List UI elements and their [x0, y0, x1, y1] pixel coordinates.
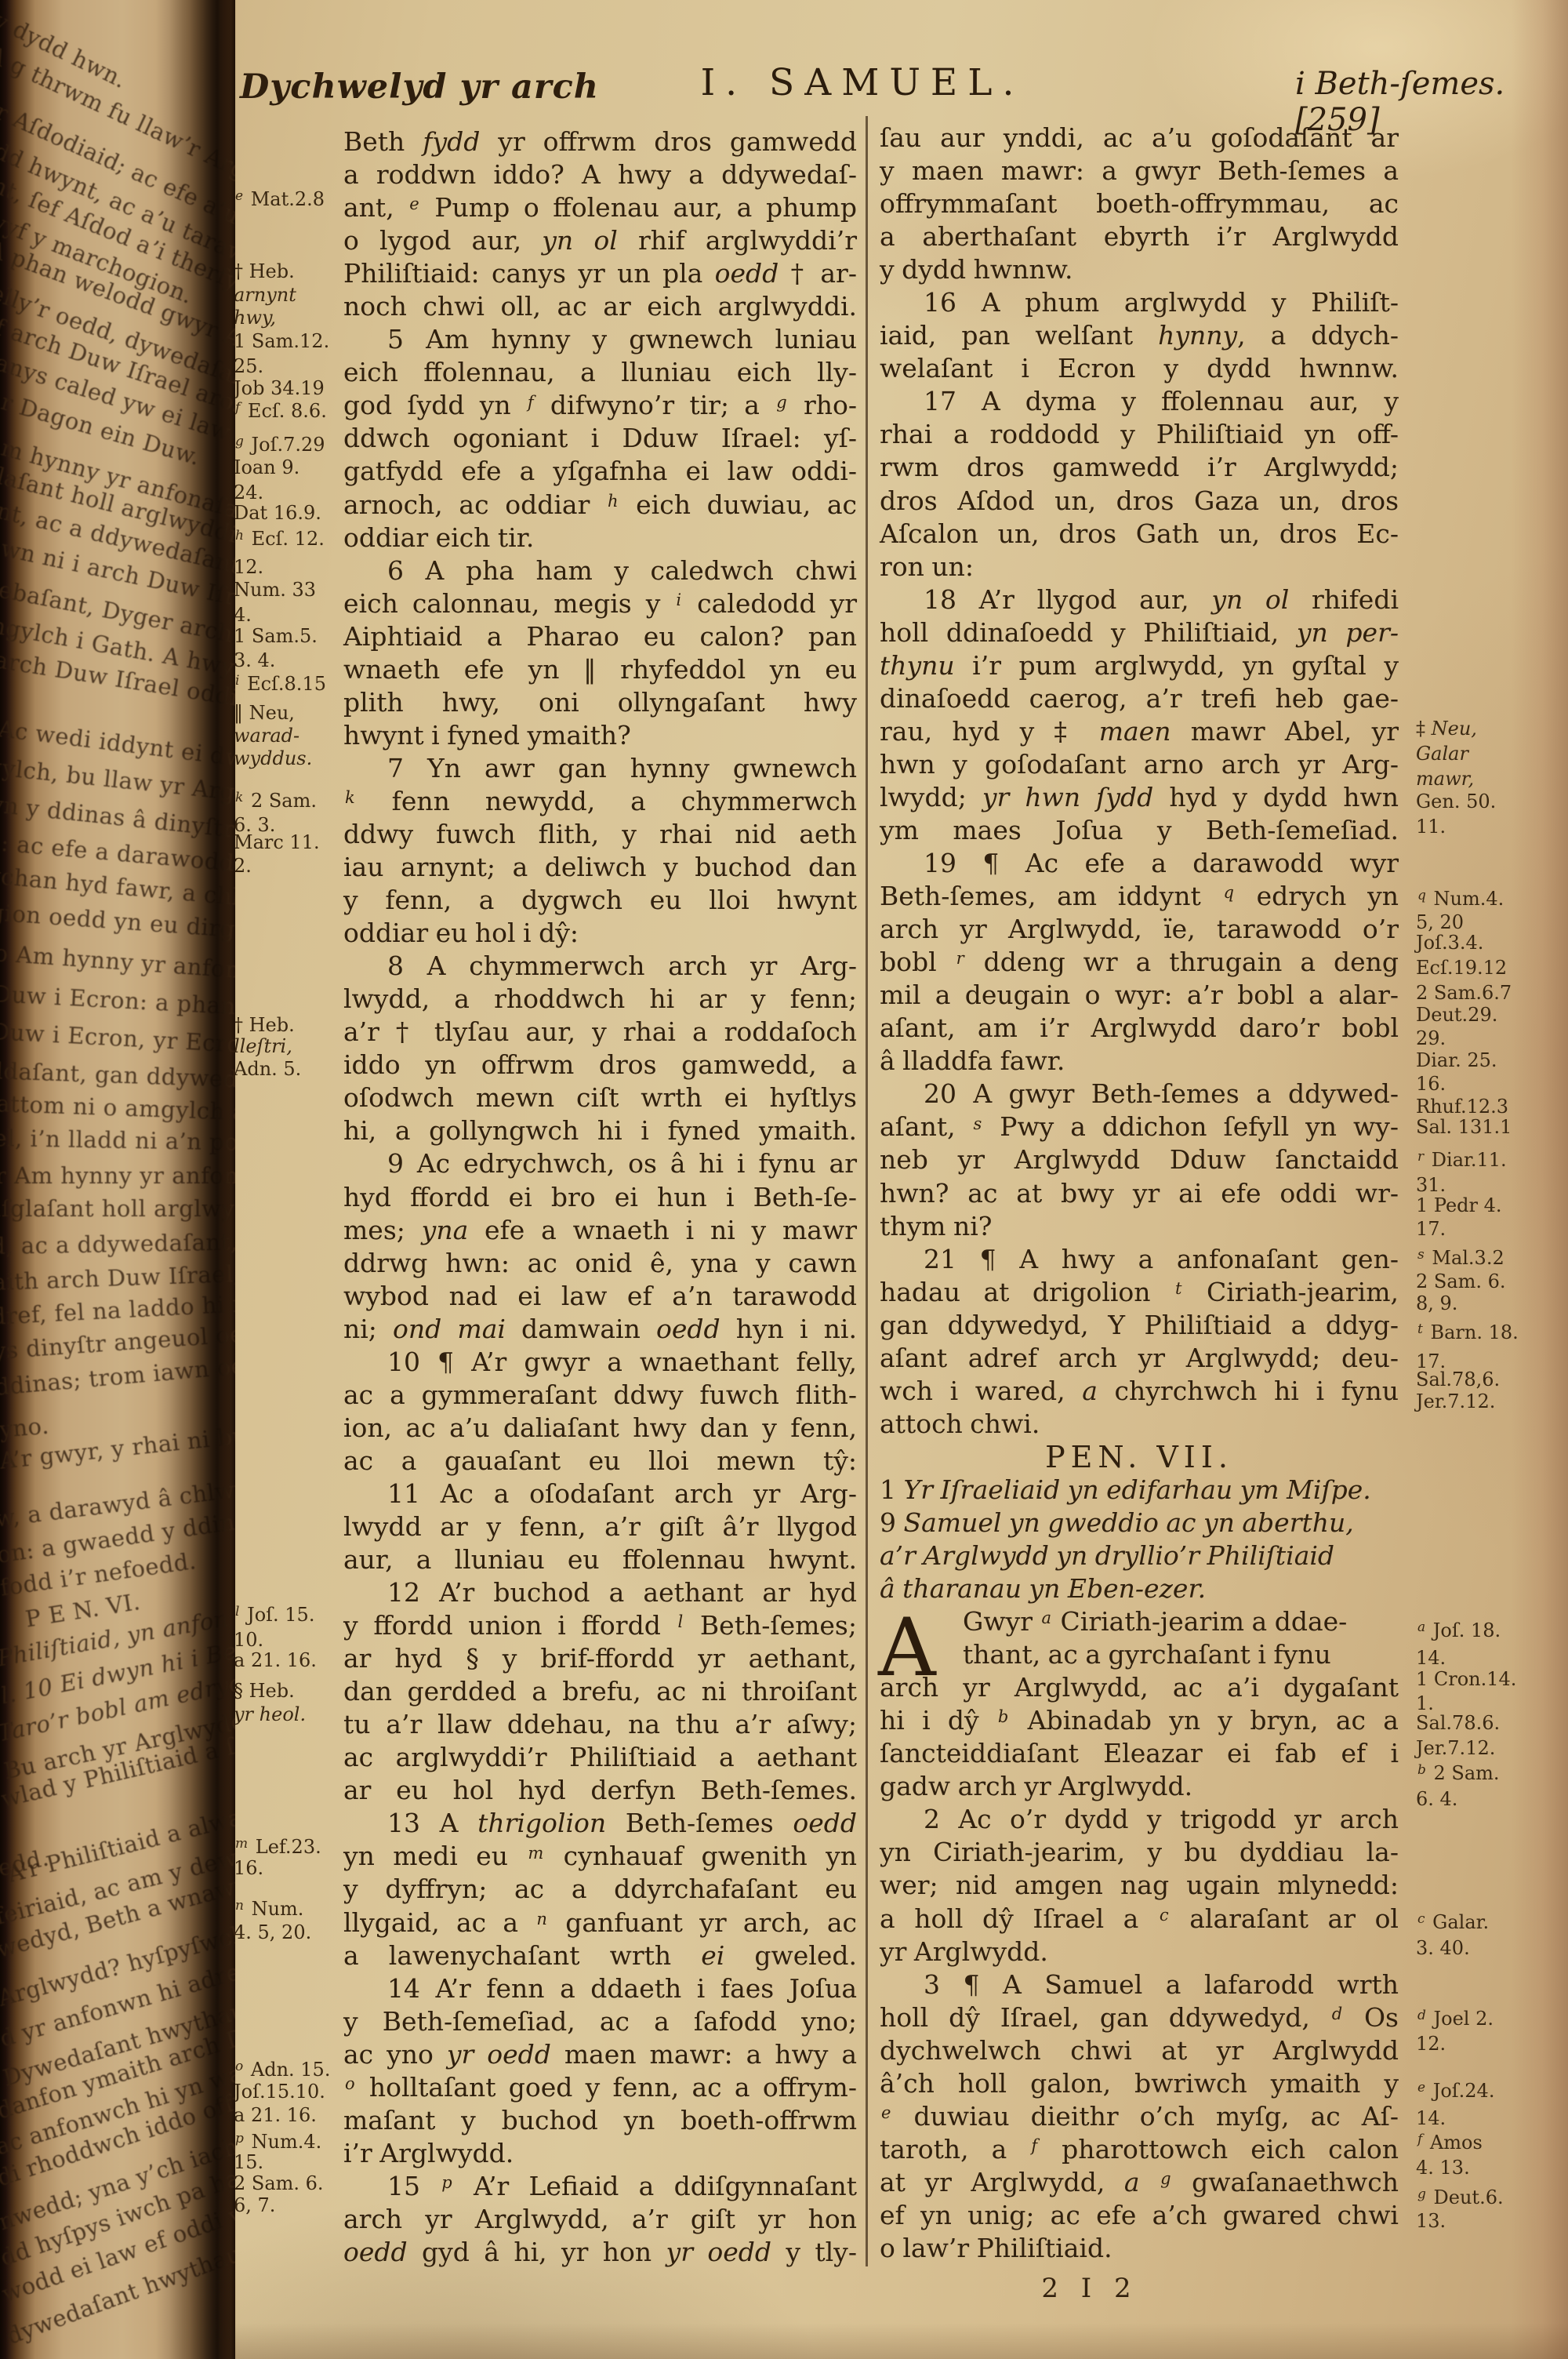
- text-line: yn medi eu m cynhauaf gwenith yn: [343, 1840, 857, 1873]
- margin-note: § Heb.: [234, 1681, 295, 1701]
- text-line: taroth, a f pharottowch eich calon: [880, 2133, 1399, 2166]
- text-line: a’r † tlyſau aur, y rhai a roddaſoch: [343, 1016, 857, 1049]
- column-divider-rule: [866, 116, 868, 2266]
- text-line: mes; yna efe a wnaeth i ni y mawr: [343, 1214, 857, 1247]
- text-line: thym ni?: [880, 1210, 1399, 1243]
- margin-note: g Joſ.7.29: [234, 434, 325, 455]
- text-line: llygaid, ac a n ganfuant yr arch, ac: [343, 1906, 857, 1939]
- margin-note: yr heol.: [234, 1704, 306, 1725]
- cross-ref-letter: p: [235, 2131, 244, 2146]
- text-line: 16 A phum arglwydd y Philiſt-: [880, 286, 1399, 319]
- margin-note: 5, 20: [1416, 912, 1464, 932]
- margin-note: Job 34.19: [234, 378, 325, 398]
- margin-note: 8, 9.: [1416, 1293, 1457, 1314]
- cross-ref-letter: s: [1417, 1247, 1425, 1263]
- text-line: 18 A’r llygod aur, yn ol rhifedi: [880, 583, 1399, 616]
- italic-text: Galar: [1416, 743, 1468, 765]
- margin-note: † Heb.: [234, 261, 295, 282]
- margin-note: e Mat.2.8: [234, 189, 325, 209]
- italic-text: oedd: [343, 2237, 408, 2267]
- italic-text: hwy,: [234, 307, 276, 329]
- margin-note: q Num.4.: [1416, 889, 1504, 909]
- cross-ref-letter: e: [1417, 2080, 1425, 2095]
- text-line: eich ffolennau, a lluniau eich lly-: [343, 356, 857, 389]
- text-line: arch yr Arglwydd, ïe, tarawodd o’r: [880, 913, 1399, 946]
- italic-text: yr oedd: [666, 2237, 771, 2267]
- text-line: thynu i’r pum arglwydd, yn gyſtal y: [880, 649, 1399, 682]
- italic-text: Yr Iſraeliaid yn edifarhau ym Miſpe.: [904, 1474, 1371, 1505]
- italic-text: yn ol: [542, 225, 618, 256]
- text-line: plith hwy, oni ollyngaſant hwy: [343, 686, 857, 719]
- margin-note: † Heb.: [234, 1015, 295, 1035]
- italic-text: thrigolion: [477, 1808, 606, 1838]
- cross-ref-letter: f: [1031, 2136, 1037, 2155]
- text-line: eich calonnau, megis y i caledodd yr: [343, 587, 857, 620]
- margin-note: Dat 16.9.: [234, 503, 321, 523]
- cross-ref-letter: t: [1175, 1279, 1181, 1298]
- italic-text: a: [1082, 1376, 1098, 1406]
- text-line: oddiar eu hol i dŷ:: [343, 917, 857, 950]
- italic-text: mawr,: [1416, 768, 1474, 790]
- left-text-column: Beth fydd yr offrwm dros gamwedda roddwn…: [343, 125, 857, 2269]
- text-line: ef yn unig; ac efe a’ch gwared chwi: [880, 2199, 1399, 2232]
- margin-note: Ecſ.19.12: [1416, 958, 1507, 978]
- margin-note: 3. 40.: [1416, 1938, 1470, 1958]
- text-line: â’ch holl galon, bwriwch ymaith y: [880, 2067, 1399, 2100]
- text-line: dan gerdded a brefu, ac ni throiſant: [343, 1675, 857, 1708]
- italic-text: ond mai: [393, 1314, 506, 1344]
- cross-ref-letter: e: [409, 194, 419, 213]
- text-line: a holl dŷ Iſrael a c alaraſant ar ol: [880, 1903, 1399, 1936]
- text-line: hwn? ac at bwy yr ai efe oddi wr-: [880, 1177, 1399, 1210]
- margin-note: 2 Sam.6.7: [1416, 983, 1512, 1003]
- margin-note: Marc 11.: [234, 832, 320, 852]
- italic-text: yna: [422, 1215, 469, 1245]
- text-line: offrymmaſant boeth-offrymmau, ac: [880, 187, 1399, 220]
- cross-ref-letter: a: [1042, 1608, 1052, 1627]
- text-line: gan ddywedyd, Y Philiſtiaid a ddyg-: [880, 1309, 1399, 1342]
- margin-note: hwy,: [234, 307, 276, 328]
- margin-note: Rhuf.12.3: [1416, 1096, 1508, 1117]
- cross-ref-letter: t: [1417, 1321, 1423, 1337]
- margin-note: ‖ Neu,: [234, 703, 295, 723]
- margin-note: 17.: [1416, 1219, 1446, 1239]
- curled-page-text-fragment: d, ac a ddywedaſant, Danfonwch: [0, 1226, 235, 1259]
- text-line: god ſydd yn f difwyno’r tir; a g rho-: [343, 389, 857, 422]
- margin-note: Deut.29.: [1416, 1005, 1497, 1025]
- book-gutter-curled-page: y dydd hwn.A g thrwm fu llaw’r Arglwyddy…: [0, 0, 235, 2359]
- text-line: ion, ac a’u daliaſant hwy dan y fenn,: [343, 1412, 857, 1445]
- margin-note: a Joſ. 18.: [1416, 1620, 1501, 1641]
- cross-ref-letter: c: [1417, 1911, 1425, 1927]
- italic-text: a: [1124, 2167, 1140, 2197]
- cross-ref-letter: o: [345, 2074, 355, 2093]
- margin-note: 4. 13.: [1416, 2157, 1470, 2178]
- margin-note: 1 Cron.14.: [1416, 1669, 1516, 1689]
- cross-ref-letter: g: [235, 434, 244, 449]
- margin-note: b 2 Sam.: [1416, 1763, 1500, 1783]
- margin-note: Sal.78.6.: [1416, 1713, 1500, 1733]
- margin-note: p Num.4.: [234, 2132, 321, 2152]
- cross-ref-letter: l: [678, 1612, 684, 1631]
- italic-text: a’r Arglwydd yn dryllio’r Philiſtiaid: [880, 1540, 1334, 1571]
- text-line: y dyffryn; ac a ddyrchafaſant eu: [343, 1873, 857, 1906]
- italic-text: yr oedd: [447, 2039, 551, 2070]
- gathering-signature: 2 I 2: [1004, 2273, 1176, 2304]
- text-line: ddrwg hwn: ac onid ê, yna y cawn: [343, 1247, 857, 1280]
- cross-ref-letter: g: [776, 393, 786, 412]
- text-line: maſant y buchod yn boeth-offrwm: [343, 2104, 857, 2137]
- text-line: lwydd; yr hwn ſydd hyd y dydd hwn: [880, 781, 1399, 814]
- text-line: 14 A’r fenn a ddaeth i faes Joſua: [343, 1972, 857, 2005]
- italic-text: yr heol.: [234, 1703, 306, 1725]
- cross-ref-letter: n: [536, 1910, 547, 1928]
- chapter-heading: PEN. VII.: [880, 1441, 1399, 1474]
- text-line: hwynt i fyned ymaith?: [343, 719, 857, 752]
- margin-note: Adn. 5.: [234, 1059, 301, 1079]
- text-line: ar eu hol hyd derfyn Beth-ſemes.: [343, 1774, 857, 1807]
- margin-note: Sal.78,6.: [1416, 1369, 1500, 1390]
- text-line: oddiar eich tir.: [343, 522, 857, 554]
- cross-ref-letter: a: [1417, 1619, 1425, 1635]
- curled-page-text-fragment: attom ni o amgylch arch Duw: [0, 1090, 235, 1129]
- margin-note: 1 Pedr 4.: [1416, 1195, 1502, 1216]
- text-line: thant, ac a gyrchaſant i fynu: [880, 1638, 1399, 1671]
- text-line: 2 Ac o’r dydd y trigodd yr arch: [880, 1803, 1399, 1836]
- text-line: arch yr Arglwydd, a’r giſt yr hon: [343, 2203, 857, 2236]
- margin-note: 15.: [234, 2152, 263, 2172]
- text-line: y Beth-ſemeſiad, ac a ſafodd yno;: [343, 2005, 857, 2038]
- text-line: Aſcalon un, dros Gath un, dros Ec-: [880, 518, 1399, 551]
- margin-note: h Ecſ. 12.: [234, 529, 325, 549]
- text-line: 11 Ac a oſodaſant arch yr Arg-: [343, 1478, 857, 1510]
- text-line: 3 ¶ A Samuel a lafarodd wrth: [880, 1968, 1399, 2001]
- margin-note: 6. 4.: [1416, 1789, 1457, 1809]
- text-line: o lygod aur, yn ol rhif arglwyddi’r: [343, 224, 857, 257]
- curled-page-text-fragment: el, i’n lladd ni a’n pobl.: [0, 1125, 235, 1156]
- curled-page-text-fragment: aſglaſant holl arglwyddi’r Phil: [0, 1195, 235, 1222]
- cross-ref-letter: k: [345, 788, 355, 807]
- margin-note: 10.: [234, 1630, 263, 1650]
- margin-note: 13.: [1416, 2211, 1446, 2231]
- margin-note: 16.: [1416, 1074, 1446, 1094]
- text-line: 5 Am hynny y gwnewch luniau: [343, 323, 857, 356]
- text-line: 12 A’r buchod a aethant ar hyd: [343, 1576, 857, 1609]
- text-line: Beth fydd yr offrwm dros gamwedd: [343, 125, 857, 158]
- margin-note: 16.: [234, 1858, 263, 1878]
- italic-text: Samuel yn gweddio ac yn aberthu,: [904, 1507, 1354, 1538]
- cross-ref-letter: r: [1417, 1149, 1424, 1165]
- cross-ref-letter: q: [1417, 888, 1426, 903]
- italic-text: oedd: [715, 258, 779, 289]
- cross-ref-letter: c: [1160, 1906, 1169, 1925]
- text-line: aſant, am i’r Arglwydd daro’r bobl: [880, 1012, 1399, 1045]
- margin-note: arnynt: [234, 285, 296, 305]
- margin-note: l Joſ. 15.: [234, 1605, 314, 1625]
- text-line: iddo yn offrwm dros gamwedd, a: [343, 1049, 857, 1081]
- text-line: aſant, s Pwy a ddichon ſefyll yn wy-: [880, 1110, 1399, 1143]
- margin-note: Joſ.15.10.: [234, 2081, 325, 2102]
- text-line: holl dŷ Iſrael, gan ddywedyd, d Os: [880, 2001, 1399, 2034]
- text-line: ym maes Joſua y Beth-ſemeſiad.: [880, 814, 1399, 847]
- margin-note: 11.: [1416, 816, 1446, 837]
- text-line: oſodwch mewn ciſt wrth ei hyſtlys: [343, 1081, 857, 1114]
- curled-page-text-fragment: Duw i Ecron: a phan ddaeth: [0, 980, 235, 1024]
- text-line: ac a gymmeraſant ddwy fuwch flith-: [343, 1379, 857, 1412]
- margin-note: s Mal.3.2: [1416, 1248, 1504, 1268]
- text-line: lwydd, a rhoddwch hi ar y fenn;: [343, 983, 857, 1016]
- italic-text: hynny: [1158, 320, 1237, 351]
- cross-ref-letter: b: [1417, 1762, 1426, 1778]
- margin-note: k 2 Sam.: [234, 791, 317, 811]
- text-line: 13 A thrigolion Beth-ſemes oedd: [343, 1807, 857, 1840]
- text-line: yn Ciriath-jearim, y bu dyddiau la-: [880, 1836, 1399, 1869]
- text-line: iaid, pan welſant hynny, a ddych-: [880, 319, 1399, 352]
- text-line: a lawenychaſant wrth ei gweled.: [343, 1939, 857, 1972]
- curled-page-text-fragment: Duw i Ecron, yr Ecroniaid a: [0, 1018, 235, 1062]
- text-line: ſancteiddiaſant Eleazar ei fab ef i: [880, 1737, 1399, 1770]
- text-line: o holltaſant goed y fenn, ac a offrym-: [343, 2071, 857, 2104]
- margin-note: lleſtri,: [234, 1036, 292, 1056]
- margin-note: 4. 5, 20.: [234, 1922, 311, 1943]
- italic-text: fydd: [423, 126, 480, 157]
- text-line: ac arglwyddi’r Philiſtiaid a aethant: [343, 1741, 857, 1774]
- margin-note: mawr,: [1416, 769, 1474, 789]
- text-line: arch yr Arglwydd, ac a’i dygaſant: [880, 1671, 1399, 1704]
- text-line: y ffordd union i ffordd l Beth-ſemes;: [343, 1609, 857, 1642]
- text-line: ant, e Pump o ffolenau aur, a phump: [343, 191, 857, 224]
- italic-text: yr hwn ſydd: [982, 782, 1153, 812]
- curled-page-text-fragment: r Am hynny yr anfonaſant, ac: [0, 1162, 235, 1189]
- text-line: at yr Arglwydd, a g gwaſanaethwch: [880, 2166, 1399, 2199]
- text-line: Gwyr a Ciriath-jearim a ddae-: [880, 1605, 1399, 1638]
- margin-note: 6, 7.: [234, 2195, 275, 2215]
- margin-note: 1 Sam.12.: [234, 331, 329, 351]
- scanned-bible-page: { "header": { "running_head_left": "Dych…: [0, 0, 1568, 2359]
- italic-text: wyddus.: [234, 747, 312, 769]
- text-line: dros Aſdod un, dros Gaza un, dros: [880, 485, 1399, 518]
- text-line: noch chwi oll, ac ar eich arglwyddi.: [343, 290, 857, 323]
- cross-ref-letter: d: [1417, 2008, 1426, 2023]
- text-line: wybod nad ei law ef a’n tarawodd: [343, 1280, 857, 1313]
- book-title: I. SAMUEL.: [690, 61, 1035, 104]
- text-line: aſant adref arch yr Arglwydd; deu-: [880, 1342, 1399, 1375]
- italic-text: Neu,: [1432, 718, 1477, 740]
- cross-ref-letter: r: [956, 949, 964, 968]
- running-head-left: Dychwelyd yr arch: [240, 67, 599, 107]
- right-text-column: ſau aur ynddi, ac a’u goſodaſant ary mae…: [880, 122, 1399, 2265]
- text-line: hyd ffordd ei bro ei hun i Beth-ſe-: [343, 1181, 857, 1214]
- text-line: a roddwn iddo? A hwy a ddywedaſ-: [343, 158, 857, 191]
- text-line: y dydd hwnnw.: [880, 253, 1399, 286]
- text-line: k fenn newydd, a chymmerwch: [343, 785, 857, 818]
- text-line: neb yr Arglwydd Dduw ſanctaidd: [880, 1143, 1399, 1176]
- text-line: bobl r ddeng wr a thrugain a deng: [880, 946, 1399, 979]
- text-line: hi i dŷ b Abinadab yn y bryn, ac a: [880, 1704, 1399, 1737]
- cross-ref-letter: d: [1332, 2005, 1342, 2023]
- text-line: o law’r Philiſtiaid.: [880, 2232, 1399, 2265]
- italic-text: oedd: [793, 1808, 857, 1838]
- text-line: wch i wared, a chyrchwch hi i fynu: [880, 1375, 1399, 1408]
- margin-note: 1.: [1416, 1693, 1434, 1714]
- text-line: hadau at drigolion t Ciriath-jearim,: [880, 1276, 1399, 1309]
- text-line: i’r Arglwydd.: [343, 2137, 857, 2170]
- text-line: Beth-ſemes, am iddynt q edrych yn: [880, 880, 1399, 913]
- italic-text: arnynt: [234, 284, 296, 306]
- text-line: oedd gyd â hi, yr hon yr oedd y tly-: [343, 2236, 857, 2269]
- cross-ref-letter: p: [441, 2173, 452, 2192]
- text-line: Philiſtiaid: canys yr un pla oedd † ar-: [343, 257, 857, 290]
- text-line: rau, hyd y ‡ maen mawr Abel, yr: [880, 715, 1399, 748]
- margin-note: 4.: [234, 605, 252, 625]
- text-line: 19 ¶ Ac efe a darawodd wyr: [880, 847, 1399, 880]
- text-line: ac a gauaſant eu lloi mewn tŷ:: [343, 1445, 857, 1478]
- margin-note: 29.: [1416, 1028, 1446, 1049]
- text-line: wer; nid amgen nag ugain mlynedd:: [880, 1869, 1399, 1902]
- margin-note: wyddus.: [234, 748, 312, 769]
- cross-ref-letter: h: [608, 492, 619, 511]
- cross-ref-letter: f: [235, 400, 240, 416]
- text-line: y fenn, a dygwch eu lloi hwynt: [343, 884, 857, 917]
- text-line: 17 A dyma y ffolennau aur, y: [880, 385, 1399, 418]
- page-bottom-edge-shadow: [204, 2323, 1568, 2359]
- margin-note: Num. 33: [234, 580, 316, 600]
- text-line: attoch chwi.: [880, 1408, 1399, 1441]
- text-line: ar hyd § y brif-ffordd yr aethant,: [343, 1642, 857, 1675]
- italic-text: yn ol: [1211, 584, 1289, 615]
- text-line: e duwiau dieithr o’ch myſg, ac Aſ-: [880, 2100, 1399, 2133]
- text-line: iau arnynt; a deliwch y buchod dan: [343, 851, 857, 884]
- cross-ref-letter: f: [528, 393, 534, 412]
- cross-ref-letter: o: [235, 2059, 243, 2074]
- cross-ref-letter: e: [235, 188, 243, 204]
- text-line: 7 Yn awr gan hynny gwnewch: [343, 752, 857, 785]
- margin-note: 3. 4.: [234, 650, 275, 671]
- margin-note: 2 Sam. 6.: [1416, 1271, 1506, 1292]
- margin-note: 25.: [234, 356, 263, 376]
- text-line: 15 p A’r Lefiaid a ddiſgynnaſant: [343, 2170, 857, 2203]
- margin-note: g Deut.6.: [1416, 2187, 1504, 2208]
- text-line: 21 ¶ A hwy a anfonaſant gen-: [880, 1243, 1399, 1276]
- text-line: y maen mawr: a gwyr Beth-ſemes a: [880, 154, 1399, 187]
- text-line: welaſant i Ecron y dydd hwnnw.: [880, 352, 1399, 385]
- text-line: â lladdfa fawr.: [880, 1045, 1399, 1078]
- cross-ref-letter: g: [1160, 2169, 1171, 2188]
- margin-note: 14.: [1416, 1648, 1446, 1668]
- text-line: 1 Yr Iſraeliaid yn edifarhau ym Miſpe.: [880, 1474, 1399, 1507]
- text-line: holl ddinaſoedd y Philiſtiaid, yn per-: [880, 616, 1399, 649]
- cross-ref-letter: g: [1417, 2186, 1426, 2202]
- margin-note: f Amos: [1416, 2132, 1483, 2153]
- margin-note: m Lef.23.: [234, 1837, 321, 1857]
- cross-ref-letter: n: [235, 1898, 244, 1914]
- text-line: gadw arch yr Arglwydd.: [880, 1770, 1399, 1803]
- margin-note: c Galar.: [1416, 1912, 1489, 1932]
- margin-note: Diar. 25.: [1416, 1050, 1497, 1070]
- text-line: mil a deugain o wyr: a’r bobl a alar-: [880, 979, 1399, 1012]
- margin-note: 12.: [234, 557, 263, 577]
- cross-ref-letter: s: [974, 1114, 982, 1133]
- margin-note: t Barn. 18.: [1416, 1322, 1519, 1343]
- margin-note: ‡ Neu,: [1416, 718, 1477, 739]
- margin-note: r Diar.11.: [1416, 1150, 1507, 1170]
- cross-ref-letter: l: [235, 1604, 239, 1619]
- text-line: ac yno yr oedd maen mawr: a hwy a: [343, 2038, 857, 2071]
- text-line: arnoch, ac oddiar h eich duwiau, ac: [343, 489, 857, 522]
- margin-note: Joſ.3.4.: [1416, 932, 1483, 953]
- italic-text: thynu: [880, 650, 955, 681]
- cross-ref-letter: f: [1417, 2132, 1422, 2147]
- cross-ref-letter: m: [235, 1836, 248, 1852]
- text-line: hwn y goſodaſant arno arch yr Arg-: [880, 748, 1399, 781]
- text-line: hi, a gollyngwch hi i fyned ymaith.: [343, 1114, 857, 1147]
- margin-note: warad-: [234, 725, 299, 746]
- margin-note: Jer.7.12.: [1416, 1738, 1495, 1758]
- text-line: ddwy fuwch flith, y rhai nid aeth: [343, 818, 857, 851]
- page-right-edge-shadow: [1512, 0, 1568, 2359]
- cross-ref-letter: b: [998, 1707, 1008, 1726]
- text-line: a aberthaſant ebyrth i’r Arglwydd: [880, 220, 1399, 253]
- cross-ref-letter: q: [1223, 883, 1233, 902]
- text-line: dinaſoedd caerog, a’r trefi heb gae-: [880, 682, 1399, 715]
- text-line: ni; ond mai damwain oedd hyn i ni.: [343, 1313, 857, 1346]
- margin-note: 14.: [1416, 2108, 1446, 2128]
- italic-text: oedd: [656, 1314, 720, 1344]
- margin-note: d Joel 2.: [1416, 2008, 1494, 2029]
- cross-ref-letter: i: [676, 591, 681, 609]
- margin-note: i Ecſ.8.15: [234, 674, 326, 694]
- margin-note: o Adn. 15.: [234, 2059, 330, 2080]
- text-line: dychwelwch chwi at yr Arglwydd: [880, 2034, 1399, 2067]
- text-line: yr Arglwydd.: [880, 1936, 1399, 1968]
- cross-ref-letter: m: [528, 1844, 543, 1863]
- text-line: 9 Samuel yn gweddio ac yn aberthu,: [880, 1507, 1399, 1539]
- margin-note: 24.: [234, 482, 263, 503]
- text-line: aur, a lluniau eu ffolennau hwynt.: [343, 1543, 857, 1576]
- margin-note: Jer.7.12.: [1416, 1391, 1495, 1412]
- margin-note: e Joſ.24.: [1416, 2081, 1494, 2101]
- margin-note: 12.: [1416, 2034, 1446, 2054]
- italic-text: maen: [1099, 716, 1171, 747]
- cross-ref-letter: h: [235, 528, 244, 543]
- text-line: rhai a roddodd y Philiſtiaid yn off-: [880, 418, 1399, 451]
- margin-note: Ioan 9.: [234, 457, 299, 478]
- text-line: 9 Ac edrychwch, os â hi i fynu ar: [343, 1147, 857, 1180]
- text-line: 8 A chymmerwch arch yr Arg-: [343, 950, 857, 983]
- text-line: 20 A gwyr Beth-ſemes a ddywed-: [880, 1078, 1399, 1110]
- text-line: ron un:: [880, 551, 1399, 583]
- text-line: Aiphtiaid a Pharao eu calon? pan: [343, 620, 857, 653]
- text-line: gatfydd efe a yſgafnha ei law oddi-: [343, 455, 857, 488]
- margin-note: a 21. 16.: [234, 2105, 317, 2125]
- italic-text: lleſtri,: [234, 1035, 292, 1057]
- text-line: ſau aur ynddi, ac a’u goſodaſant ar: [880, 122, 1399, 154]
- text-line: tu a’r llaw ddehau, na thu a’r aſwy;: [343, 1708, 857, 1741]
- italic-text: yn per-: [1297, 617, 1399, 648]
- text-line: â tharanau yn Eben-ezer.: [880, 1572, 1399, 1605]
- italic-text: ei: [701, 1940, 724, 1971]
- text-line: ddwch ogoniant i Dduw Iſrael: yſ-: [343, 422, 857, 455]
- text-line: lwydd ar y fenn, a’r giſt â’r llygod: [343, 1510, 857, 1543]
- cross-ref-letter: e: [881, 2103, 891, 2122]
- margin-note: Galar: [1416, 743, 1468, 764]
- curled-page-text-fragment: yno.: [0, 1412, 50, 1442]
- text-line: a’r Arglwydd yn dryllio’r Philiſtiaid: [880, 1539, 1399, 1572]
- margin-note: 2 Sam. 6.: [234, 2173, 324, 2194]
- curled-page-text-fragment: aith arch Duw Iſrael, a dychwel: [0, 1256, 235, 1296]
- margin-note: Sal. 131.1: [1416, 1117, 1512, 1137]
- margin-note: f Ecſ. 8.6.: [234, 401, 327, 421]
